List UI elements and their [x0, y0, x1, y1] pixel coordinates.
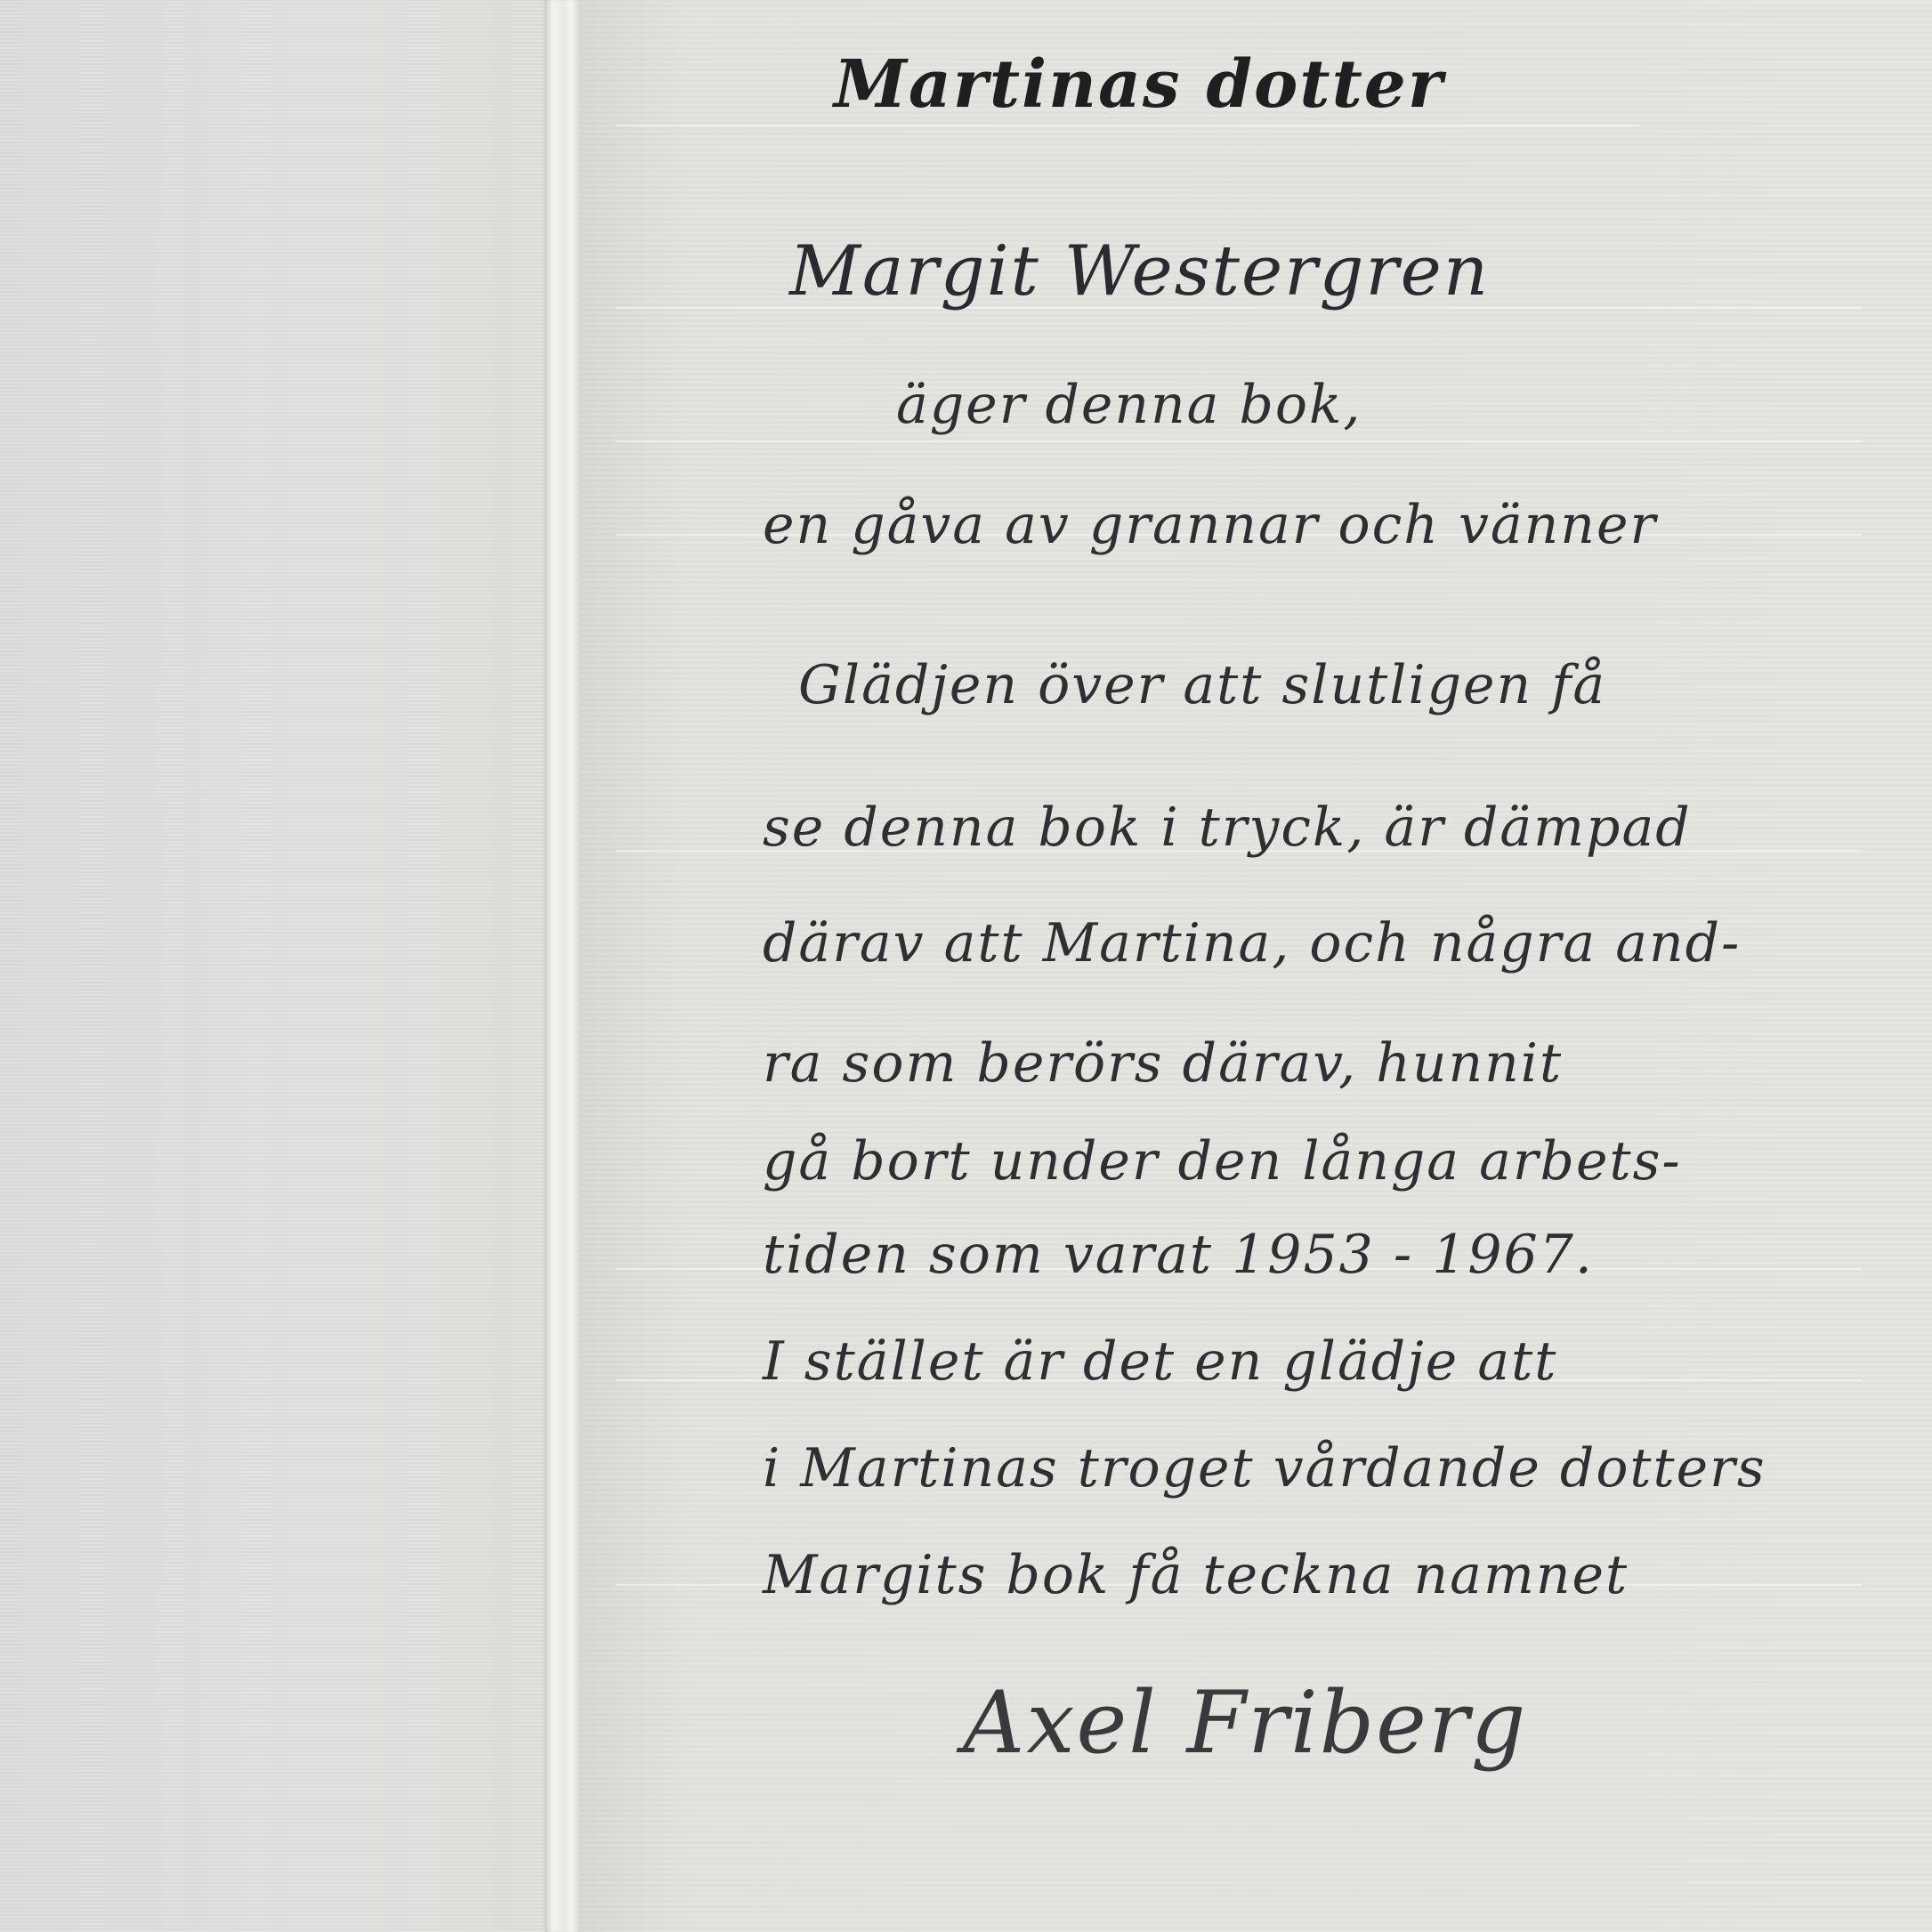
- message-line-9: Margits bok få teckna namnet: [763, 1544, 1629, 1606]
- message-line-4: ra som berörs därav, hunnit: [763, 1032, 1563, 1095]
- paper-crease: [616, 125, 1639, 126]
- dedication-page: Martinas dotter Margit Westergren äger d…: [580, 0, 1932, 1932]
- book-spread: Martinas dotter Margit Westergren äger d…: [0, 0, 1932, 1932]
- inside-cover-flyleaf: [0, 0, 545, 1932]
- message-line-7: I stället är det en glädje att: [763, 1330, 1557, 1393]
- dedication-line-2: en gåva av grannar och vänner: [763, 494, 1657, 556]
- message-line-1: Glädjen över att slutligen få: [798, 654, 1606, 716]
- dedication-heading: Martinas dotter: [834, 46, 1444, 123]
- recipient-name: Margit Westergren: [789, 231, 1490, 311]
- message-line-2: se denna bok i tryck, är dämpad: [763, 796, 1692, 859]
- message-line-3: därav att Martina, och några and-: [763, 912, 1741, 974]
- book-gutter: [545, 0, 580, 1932]
- dedication-line-1: äger denna bok,: [896, 374, 1362, 436]
- message-line-6: tiden som varat 1953 - 1967.: [763, 1224, 1594, 1286]
- signature: Axel Friberg: [963, 1673, 1527, 1773]
- message-line-5: gå bort under den långa arbets-: [763, 1130, 1682, 1192]
- message-line-8: i Martinas troget vårdande dotters: [763, 1437, 1766, 1500]
- paper-crease: [616, 441, 1862, 442]
